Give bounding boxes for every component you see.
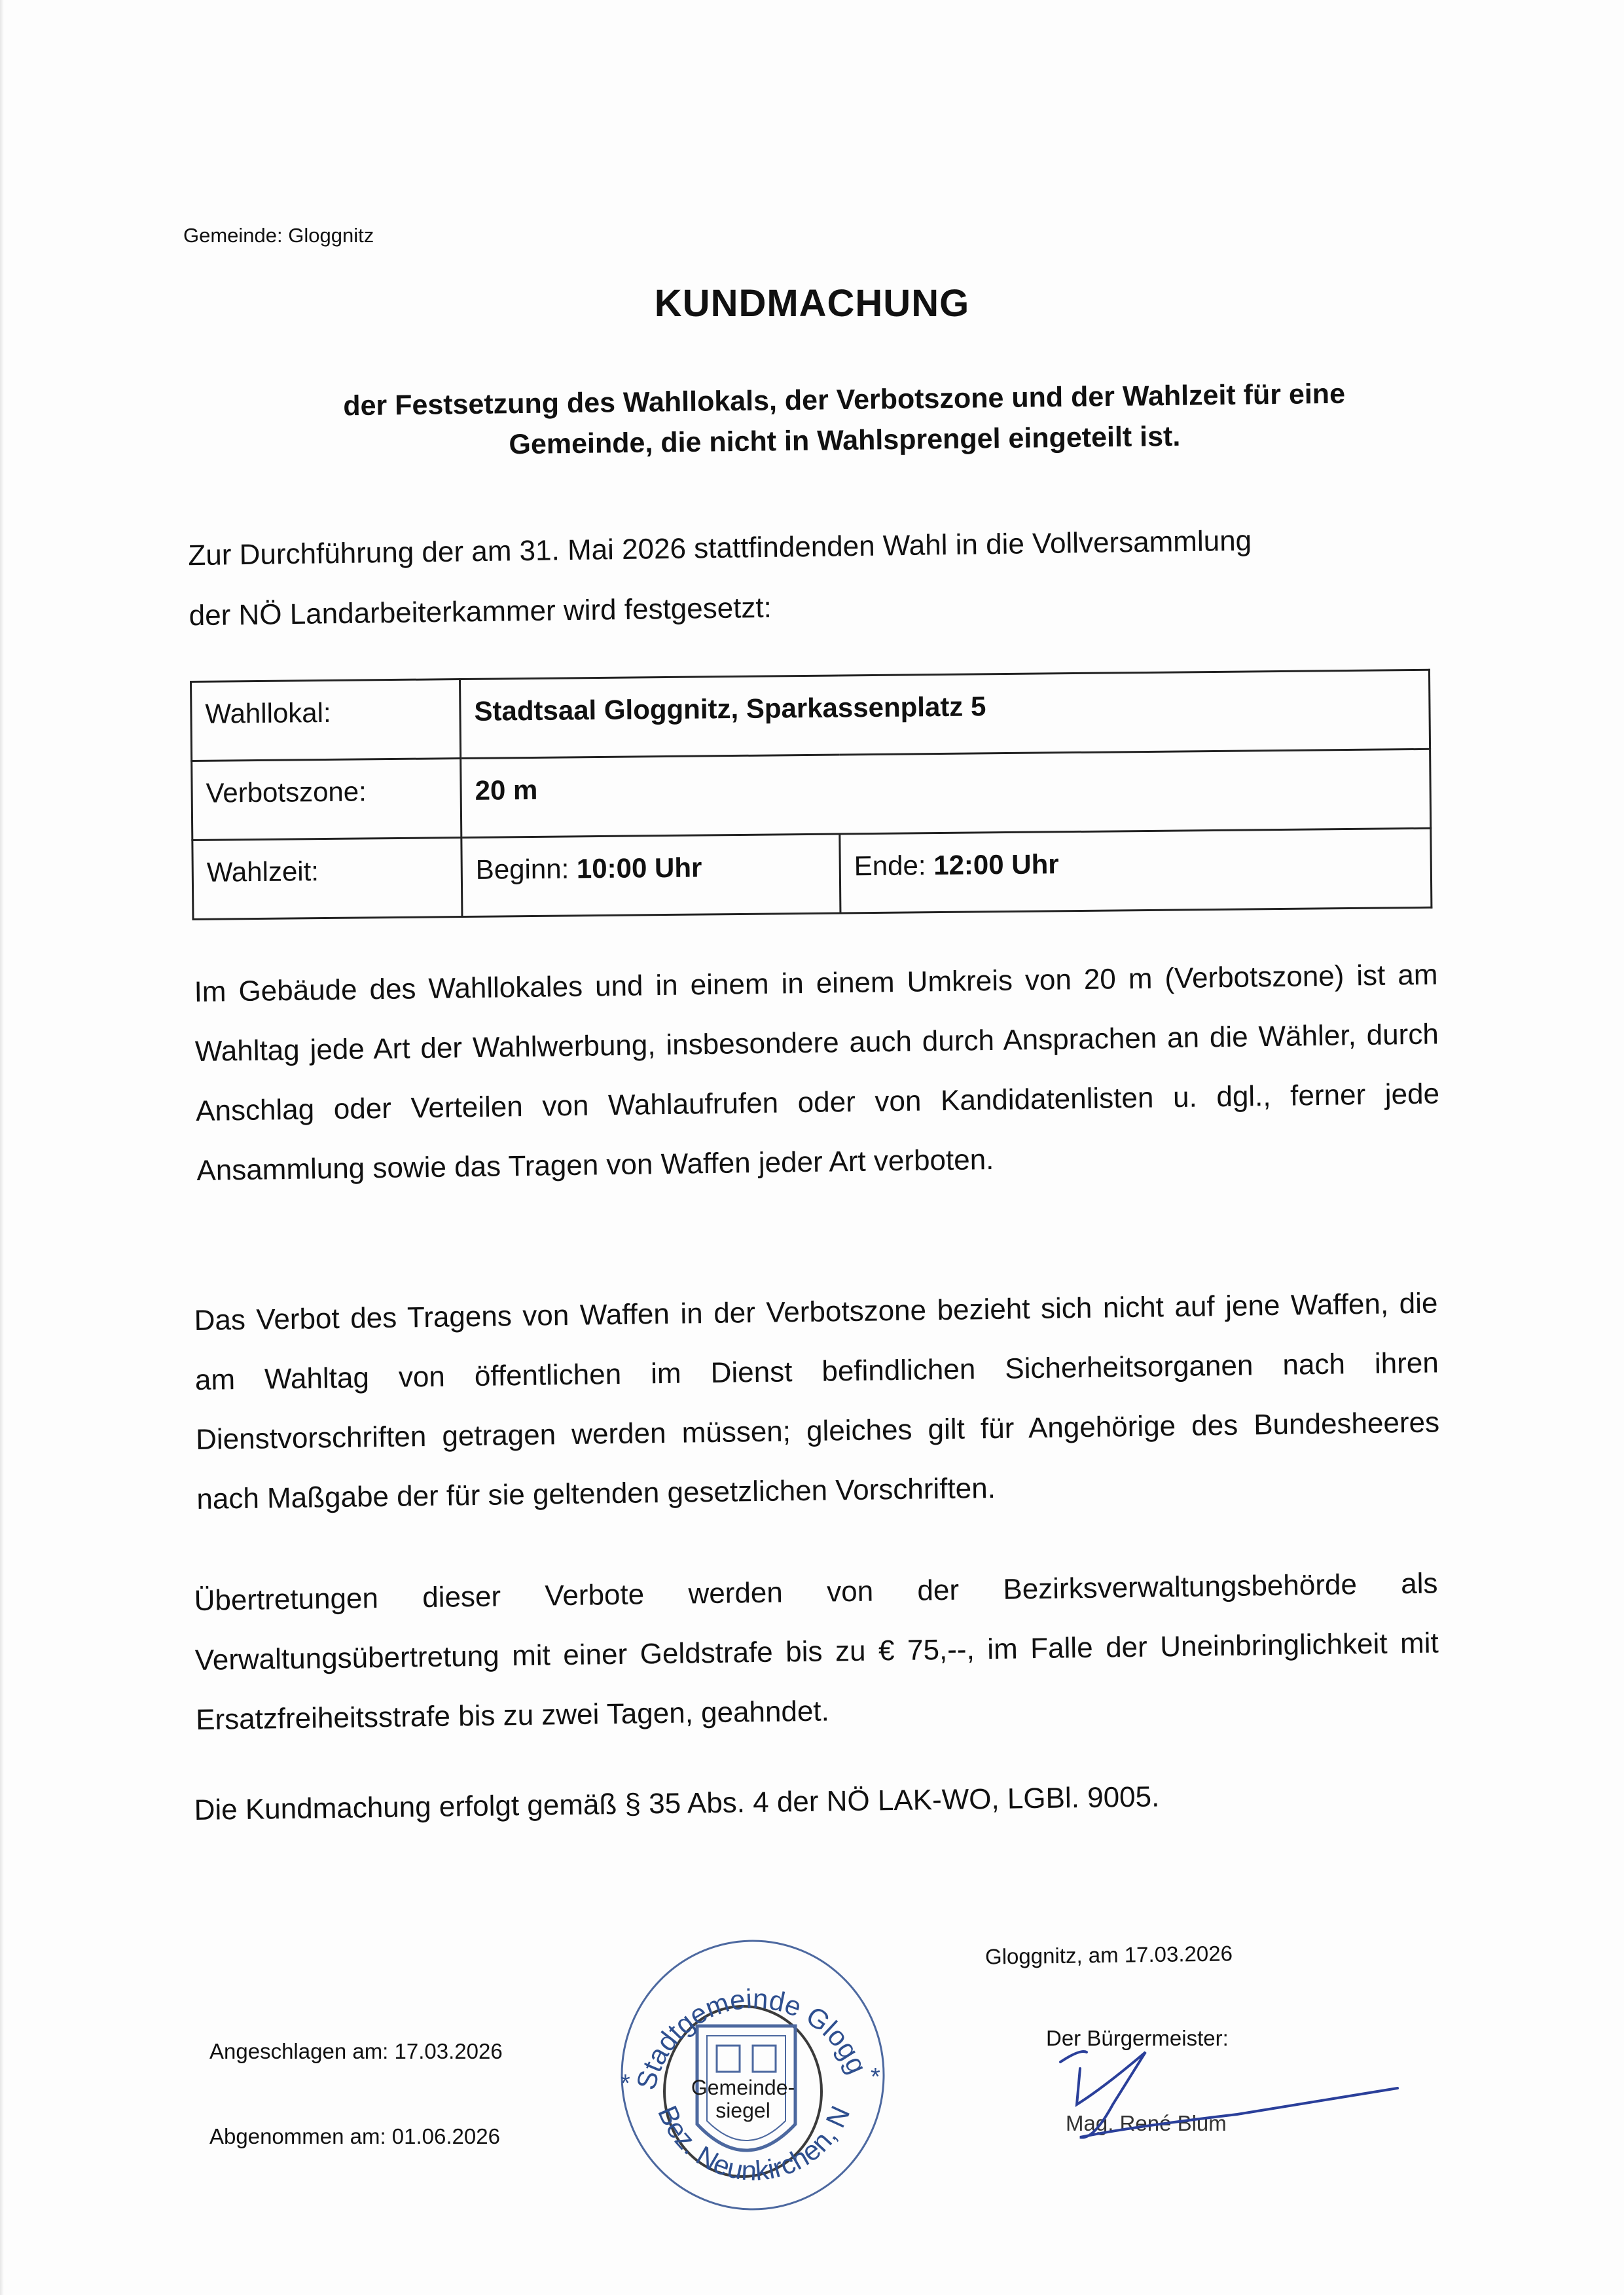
- seal-top-text: Stadtgemeinde Gloggnitz: [609, 1928, 873, 2093]
- document-page: Gemeinde: Gloggnitz KUNDMACHUNG der Fest…: [0, 0, 1624, 2295]
- paragraph-weapons-exception: Das Verbot des Tragens von Waffen in der…: [194, 1273, 1441, 1528]
- svg-text:Stadtgemeinde Gloggnitz: Stadtgemeinde Gloggnitz: [609, 1928, 873, 2093]
- election-details-table: Wahllokal: Stadtsaal Gloggnitz, Sparkass…: [190, 669, 1432, 920]
- intro-text: Zur Durchführung der am 31. Mai 2026 sta…: [188, 509, 1433, 647]
- seal-inner-line-1: Gemeinde-: [691, 2076, 795, 2099]
- table-row: Verbotszone: 20 m: [192, 749, 1431, 840]
- removed-date: Abgenommen am: 01.06.2026: [209, 2124, 500, 2149]
- table-row: Wahlzeit: Beginn: 10:00 Uhr Ende: 12:00 …: [192, 828, 1432, 919]
- voting-end-value: 12:00 Uhr: [933, 848, 1059, 880]
- polling-station-label: Wahllokal:: [191, 679, 461, 761]
- document-title: KUNDMACHUNG: [0, 281, 1624, 325]
- voting-start-cell: Beginn: 10:00 Uhr: [461, 834, 840, 917]
- municipality-line: Gemeinde: Gloggnitz: [183, 224, 374, 247]
- paragraph-penalties: Übertretungen dieser Verbote werden von …: [194, 1553, 1440, 1750]
- voting-end-cell: Ende: 12:00 Uhr: [840, 828, 1432, 913]
- restricted-zone-value: 20 m: [461, 749, 1431, 837]
- document-subtitle: der Festsetzung des Wahllokals, der Verb…: [248, 372, 1440, 468]
- signature-icon: [1041, 2042, 1407, 2147]
- voting-start-value: 10:00 Uhr: [577, 852, 702, 884]
- municipal-seal-icon: Stadtgemeinde Gloggnitz Bez. Neunkirchen…: [609, 1928, 897, 2216]
- place-and-date: Gloggnitz, am 17.03.2026: [985, 1941, 1233, 1969]
- table-row: Wahllokal: Stadtsaal Gloggnitz, Sparkass…: [191, 670, 1430, 761]
- scan-edge: [0, 0, 4, 2295]
- polling-station-value: Stadtsaal Gloggnitz, Sparkassenplatz 5: [460, 670, 1430, 758]
- posted-date: Angeschlagen am: 17.03.2026: [209, 2039, 503, 2064]
- voting-start-label: Beginn:: [476, 853, 569, 884]
- voting-time-label: Wahlzeit:: [192, 838, 462, 920]
- seal-star-left: *: [621, 2070, 630, 2097]
- voting-end-label: Ende:: [854, 850, 926, 881]
- paragraph-restrictions: Im Gebäude des Wahllokales und in einem …: [194, 945, 1441, 1200]
- paragraph-legal-basis: Die Kundmachung erfolgt gemäß § 35 Abs. …: [194, 1763, 1438, 1840]
- seal-star-right: *: [871, 2063, 880, 2091]
- seal-inner-line-2: siegel: [715, 2099, 770, 2122]
- restricted-zone-label: Verbotszone:: [192, 759, 461, 840]
